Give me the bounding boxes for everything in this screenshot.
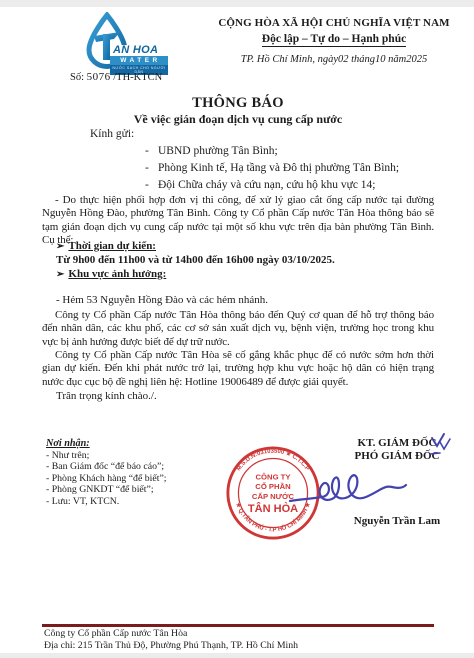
- time-heading-text: Thời gian dự kiến:: [68, 240, 156, 252]
- national-motto-line2: Độc lập – Tự do – Hạnh phúc: [262, 33, 406, 47]
- doc-number-label: Số:: [70, 72, 84, 83]
- time-value: Từ 9h00 đến 11h00 và từ 14h00 đến 16h00 …: [56, 254, 335, 266]
- arrow-bullet-icon: ➢: [56, 269, 64, 280]
- noi-nhan-item: - Lưu: VT, KTCN.: [46, 496, 167, 508]
- national-header: CỘNG HÒA XÃ HỘI CHỦ NGHĨA VIỆT NAM Độc l…: [198, 17, 470, 47]
- document-viewport: AN HOA WATER NƯỚC SẠCH CHO NGƯỜI DÂN Số:…: [0, 0, 474, 658]
- handwritten-signature: [288, 459, 408, 521]
- noi-nhan-label: Nơi nhận:: [46, 438, 167, 450]
- time-heading: ➢Thời gian dự kiến:: [56, 240, 156, 252]
- stamp-center-line2: CỔ PHẦN: [255, 481, 291, 491]
- noi-nhan-item: - Phòng GNKDT “để biết”;: [46, 484, 167, 496]
- document-title: THÔNG BÁO: [42, 95, 434, 112]
- recipients-label: Kính gửi:: [90, 128, 134, 140]
- document-page: AN HOA WATER NƯỚC SẠCH CHO NGƯỜI DÂN Số:…: [0, 7, 474, 653]
- area-heading-text: Khu vực ảnh hưởng:: [68, 268, 166, 280]
- doc-number-value: 5076: [87, 71, 111, 83]
- tanhoa-water-logo: AN HOA WATER NƯỚC SẠCH CHO NGƯỜI DÂN: [84, 12, 176, 74]
- logo-name: AN HOA: [110, 45, 168, 56]
- stamp-center-line1: CÔNG TY: [256, 473, 291, 482]
- footer-company: Công ty Cổ phần Cấp nước Tân Hòa: [44, 628, 300, 640]
- recipient-text: Phòng Kinh tế, Hạ tầng và Đô thị phường …: [158, 162, 399, 179]
- noi-nhan-item: - Phòng Khách hàng “để biết”;: [46, 473, 167, 485]
- document-number: Số: 5076 /TH-KTCN: [70, 71, 162, 83]
- recipient-item: - Phòng Kinh tế, Hạ tầng và Đô thị phườn…: [145, 162, 399, 179]
- document-subtitle: Về việc gián đoạn dịch vụ cung cấp nước: [42, 112, 434, 127]
- closing-line: Trân trọng kính chào./.: [56, 390, 157, 402]
- national-motto-line1: CỘNG HÒA XÃ HỘI CHỦ NGHĨA VIỆT NAM: [198, 17, 470, 29]
- recipients-list: - UBND phường Tân Bình; - Phòng Kinh tế,…: [145, 145, 399, 196]
- signer-name: Nguyễn Trần Lam: [318, 515, 474, 527]
- date-line: TP. Hồ Chí Minh, ngày02 tháng10 năm2025: [198, 54, 470, 65]
- noi-nhan-block: Nơi nhận: - Như trên; - Ban Giám đốc “để…: [46, 438, 167, 507]
- doc-number-suffix: /TH-KTCN: [113, 72, 162, 83]
- area-heading: ➢Khu vực ảnh hưởng:: [56, 268, 166, 280]
- recipient-text: UBND phường Tân Bình;: [158, 145, 278, 162]
- noi-nhan-item: - Như trên;: [46, 450, 167, 462]
- recipient-item: - UBND phường Tân Bình;: [145, 145, 399, 162]
- dash-bullet: -: [145, 162, 158, 179]
- logo-water-label: WATER: [110, 56, 168, 65]
- dash-bullet: -: [145, 145, 158, 162]
- footer-address: Địa chỉ: 215 Trần Thủ Độ, Phường Phú Thạ…: [44, 640, 300, 652]
- arrow-bullet-icon: ➢: [56, 241, 64, 252]
- footer-hotline: Hotline 24/7: 19006489 - Website: https:…: [44, 652, 300, 653]
- body-paragraph-3: Công ty Cổ phần Cấp nước Tân Hòa sẽ cố g…: [42, 349, 434, 389]
- body-paragraph-2: Công ty Cổ phần Cấp nước Tân Hòa thông b…: [42, 309, 434, 349]
- footer-divider: [42, 624, 434, 627]
- footer-block: Công ty Cổ phần Cấp nước Tân Hòa Địa chỉ…: [44, 628, 300, 653]
- affected-area-item: - Hẻm 53 Nguyễn Hồng Đào và các hẻm nhán…: [56, 294, 268, 306]
- noi-nhan-item: - Ban Giám đốc “để báo cáo”;: [46, 461, 167, 473]
- pen-tick-mark: [428, 430, 464, 458]
